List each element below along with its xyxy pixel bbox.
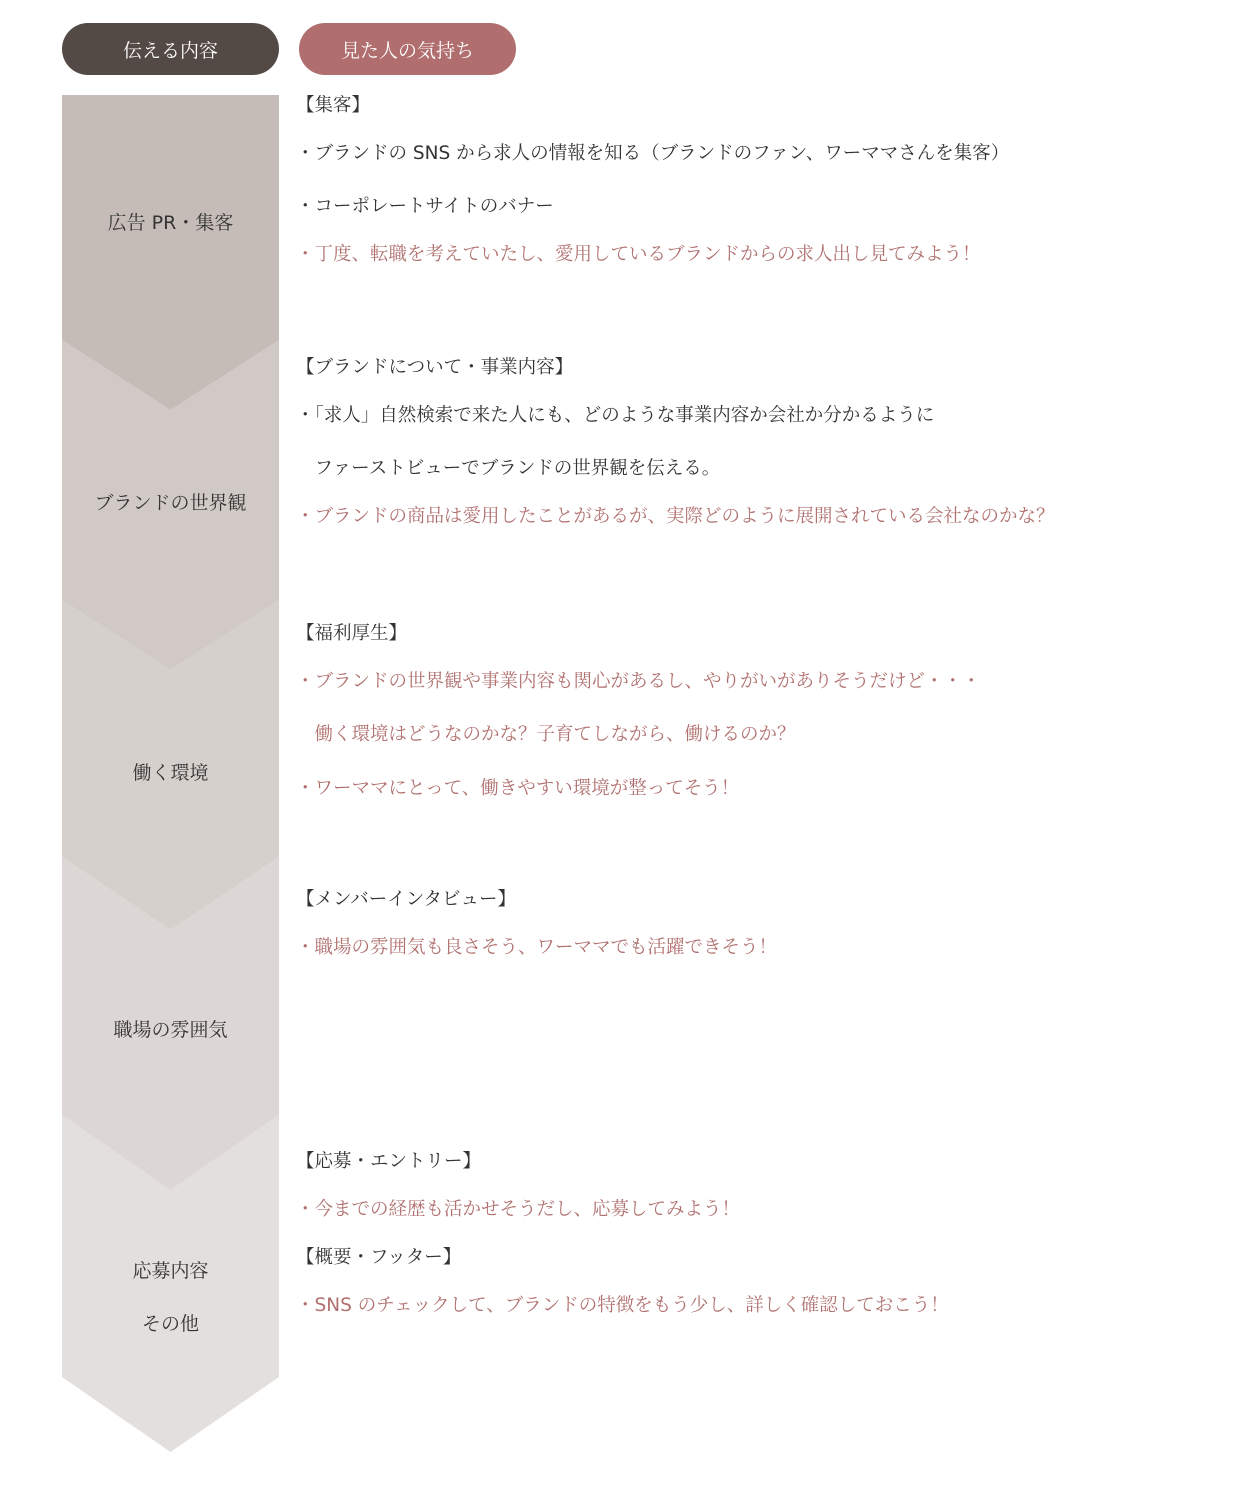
step-label-atmosphere: 職場の雰囲気 xyxy=(62,1021,279,1040)
content-line: ・ブランドの SNS から求人の情報を知る（ブランドのファン、ワーママさんを集客… xyxy=(296,145,1009,164)
step-label-work-env: 働く環境 xyxy=(62,764,279,783)
feeling-line: ・職場の雰囲気も良さそう、ワーママでも活躍できそう！ xyxy=(296,939,777,958)
feeling-line: ・ブランドの世界観や事業内容も関心があるし、やりがいがありそうだけど・・・ xyxy=(296,673,981,692)
section-heading: 【メンバーインタビュー】 xyxy=(296,891,516,910)
section-heading: 【福利厚生】 xyxy=(296,625,407,644)
section-heading: 【集客】 xyxy=(296,97,370,116)
feeling-line: 働く環境はどうなのかな？子育てしながら、働けるのか？ xyxy=(296,726,796,745)
feeling-line: ・ブランドの商品は愛用したことがあるが、実際どのように展開されている会社なのかな… xyxy=(296,508,1055,527)
step-label-ad-pr: 広告 PR・集客 xyxy=(62,214,279,233)
feeling-line: ・ワーママにとって、働きやすい環境が整ってそう！ xyxy=(296,780,739,799)
content-line: ・「求人」自然検索で来た人にも、どのような事業内容か会社か分かるように xyxy=(296,407,934,426)
step-label-other: その他 xyxy=(62,1315,279,1334)
section-heading: 【概要・フッター】 xyxy=(296,1249,461,1268)
legend-pill-content-label: 伝える内容 xyxy=(123,36,218,63)
step-label-brand-world: ブランドの世界観 xyxy=(62,494,279,513)
content-line: ファーストビューでブランドの世界観を伝える。 xyxy=(296,460,720,479)
legend-pill-feelings: 見た人の気持ち xyxy=(299,23,516,75)
step-label-application: 応募内容 xyxy=(62,1262,279,1281)
feeling-line: ・今までの経歴も活かせそうだし、応募してみよう！ xyxy=(296,1201,740,1220)
legend-pill-content: 伝える内容 xyxy=(62,23,279,75)
section-heading: 【ブランドについて・事業内容】 xyxy=(296,359,573,378)
legend-pill-feelings-label: 見た人の気持ち xyxy=(341,36,474,63)
feeling-line: ・SNS のチェックして、ブランドの特徴をもう少し、詳しく確認しておこう！ xyxy=(296,1297,949,1316)
section-heading: 【応募・エントリー】 xyxy=(296,1153,481,1172)
content-line: ・コーポレートサイトのバナー xyxy=(296,198,554,217)
feeling-line: ・丁度、転職を考えていたし、愛用しているブランドからの求人出し見てみよう！ xyxy=(296,246,981,265)
